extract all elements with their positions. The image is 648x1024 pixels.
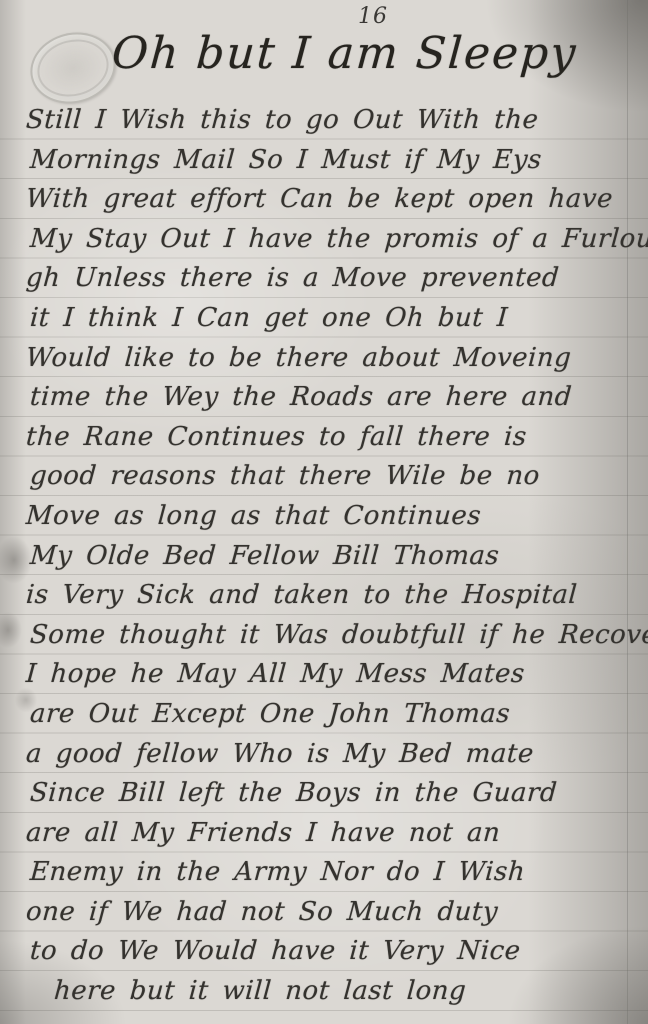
letter-line: Move as long as that Continues [25,497,628,537]
letter-line: are Out Except One John Thomas [25,695,628,735]
letter-line: gh Unless there is a Move prevented [25,259,628,299]
paper-crease [627,0,628,1024]
letter-line: to do We Would have it Very Nice [25,932,628,972]
letter-line: a good fellow Who is My Bed mate [25,735,628,775]
letter-line: the Rane Continues to fall there is [25,418,628,458]
letter-line: Enemy in the Army Nor do I Wish [25,853,628,893]
letter-line: Since Bill left the Boys in the Guard [25,774,628,814]
letter-line: Would like to be there about Moveing [25,339,628,379]
letter-line: Mornings Mail So I Must if My Eys [25,141,628,181]
letter-line: With great effort Can be kept open have [25,180,628,220]
letter-line: I hope he May All My Mess Mates [25,655,628,695]
letter-line: My Stay Out I have the promis of a Furlo… [25,220,628,260]
letter-line: are all My Friends I have not an [25,814,628,854]
letter-line: time the Wey the Roads are here and [25,378,628,418]
letter-page-scan: 16 Oh but I am Sleepy Still I Wish this … [0,0,648,1024]
letter-heading: Oh but I am Sleepy [110,28,634,79]
letter-line: Some thought it Was doubtfull if he Reco… [25,616,628,656]
letter-line: it I think I Can get one Oh but I [25,299,628,339]
letter-line: good reasons that there Wile be no [25,457,628,497]
letter-line: Still I Wish this to go Out With the [25,101,628,141]
letter-line: is Very Sick and taken to the Hospital [25,576,628,616]
letter-line: one if We had not So Much duty [25,893,628,933]
letter-line: here but it will not last long [25,972,628,1012]
letter-line: My Olde Bed Fellow Bill Thomas [25,537,628,577]
page-number: 16 [358,4,388,29]
embossed-stationery-seal-icon [23,24,123,113]
letter-body: Still I Wish this to go Out With the Mor… [26,101,626,1012]
